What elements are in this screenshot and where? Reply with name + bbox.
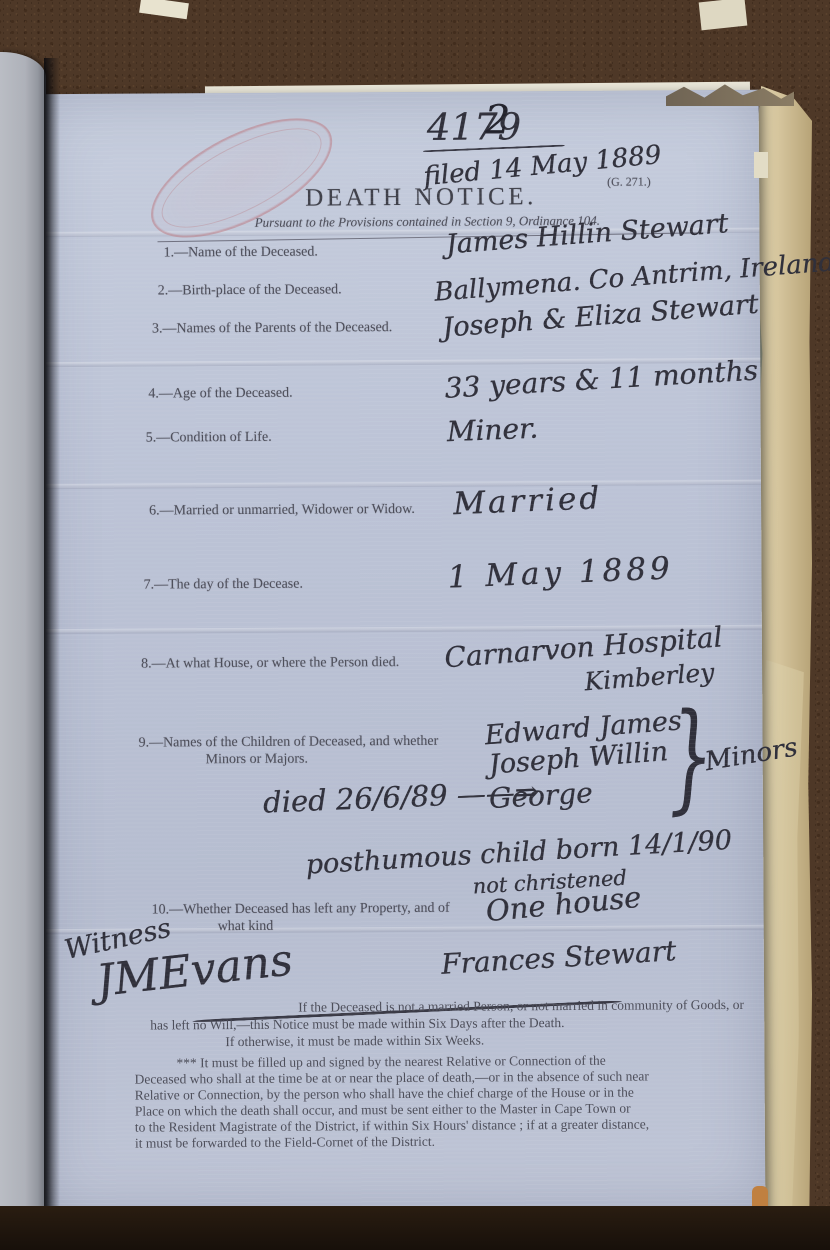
item-7-value: 1 May 1889	[447, 550, 674, 595]
item-5-value: Miner.	[446, 412, 539, 449]
item-10-label-line2: what kind	[218, 919, 274, 935]
photographed-death-notice: 4179 2 filed 14 May 1889 (G. 271.) DEATH…	[0, 0, 830, 1250]
curled-left-page	[0, 52, 46, 1250]
declarant-signature: Frances Stewart	[440, 934, 677, 981]
child-name-2: Joseph Willin	[488, 736, 669, 781]
book-gutter-shadow	[44, 58, 60, 1250]
child-name-1: Edward James	[484, 705, 683, 751]
item-8-label: 8.—At what House, or where the Person di…	[141, 655, 399, 673]
item-7-label: 7.—The day of the Decease.	[144, 577, 303, 594]
item-6-label: 6.—Married or unmarried, Widower or Wido…	[149, 502, 415, 520]
signature-flourish	[192, 1000, 622, 1023]
case-number-overwrite: 2	[485, 97, 511, 143]
died-annotation: died 26/6/89 ——⇒	[262, 774, 539, 819]
item-1-value: James Hillin Stewart	[445, 208, 730, 260]
paper-scrap	[754, 152, 768, 178]
not-christened-note: not christened	[472, 866, 628, 899]
item-2-label: 2.—Birth-place of the Deceased.	[158, 282, 342, 299]
footnote-line-5: to the Resident Magistrate of the Distri…	[135, 1116, 753, 1136]
footnote-line-6: it must be forwarded to the Field-Cornet…	[135, 1132, 753, 1152]
form-title: DEATH NOTICE.	[305, 183, 515, 212]
footnote-line-3: Relative or Connection, by the person wh…	[135, 1084, 753, 1104]
item-9-label: 9.—Names of the Children of Deceased, an…	[138, 734, 438, 752]
item-8-value: Carnarvon Hospital	[443, 620, 723, 674]
item-6-value: Married	[452, 480, 602, 522]
fold-crease	[42, 925, 764, 934]
fold-crease	[40, 625, 762, 634]
paper-scrap	[139, 0, 189, 19]
witness-signature: JMEvans	[94, 935, 295, 1007]
book-bottom-edge	[0, 1206, 830, 1250]
item-4-label: 4.—Age of the Deceased.	[148, 386, 292, 403]
notice-line-1: If the Deceased is not a married Person,…	[150, 996, 755, 1017]
item-1-label: 1.—Name of the Deceased.	[164, 245, 318, 262]
posthumous-note: posthumous child born 14/1/90	[305, 825, 733, 881]
item-10-label: 10.—Whether Deceased has left any Proper…	[152, 901, 450, 919]
case-number-underline	[423, 145, 565, 153]
fold-crease	[39, 480, 761, 489]
item-4-value: 33 years & 11 months	[444, 354, 759, 405]
death-notice-form: 4179 2 filed 14 May 1889 (G. 271.) DEATH…	[37, 90, 766, 1216]
footnote-line-1: *** It must be filled up and signed by t…	[134, 1052, 752, 1072]
fold-crease	[37, 228, 759, 237]
child-name-3: George	[488, 776, 593, 815]
footnote-line-2: Deceased who shall at the time be at or …	[135, 1068, 753, 1088]
fold-crease	[38, 358, 760, 367]
notice-line-3: If otherwise, it must be made within Six…	[150, 1030, 755, 1051]
form-subtitle: Pursuant to the Provisions contained in …	[147, 212, 707, 231]
children-brace: }	[666, 685, 715, 826]
notice-line-2: has left no Will,—this Notice must be ma…	[150, 1013, 755, 1034]
item-5-label: 5.—Condition of Life.	[146, 430, 272, 447]
item-3-value: Joseph & Eliza Stewart	[441, 289, 759, 344]
filed-note: filed 14 May 1889	[422, 140, 662, 192]
item-9-label-line2: Minors or Majors.	[206, 752, 308, 769]
archive-oval-stamp-icon	[133, 94, 349, 262]
item-8-value-line2: Kimberley	[583, 658, 715, 697]
case-number: 4179	[427, 105, 521, 149]
footnote-paragraph: *** It must be filled up and signed by t…	[134, 1052, 753, 1152]
witness-label: Witness	[62, 913, 174, 966]
item-3-label: 3.—Names of the Parents of the Deceased.	[152, 320, 392, 337]
form-code: (G. 271.)	[607, 174, 651, 189]
header-rule	[157, 232, 697, 242]
notice-paragraph: If the Deceased is not a married Person,…	[150, 996, 755, 1051]
item-10-value: One house	[484, 880, 642, 928]
paper-scrap	[699, 0, 748, 30]
footnote-line-4: Place on which the death shall occur, an…	[135, 1100, 753, 1120]
